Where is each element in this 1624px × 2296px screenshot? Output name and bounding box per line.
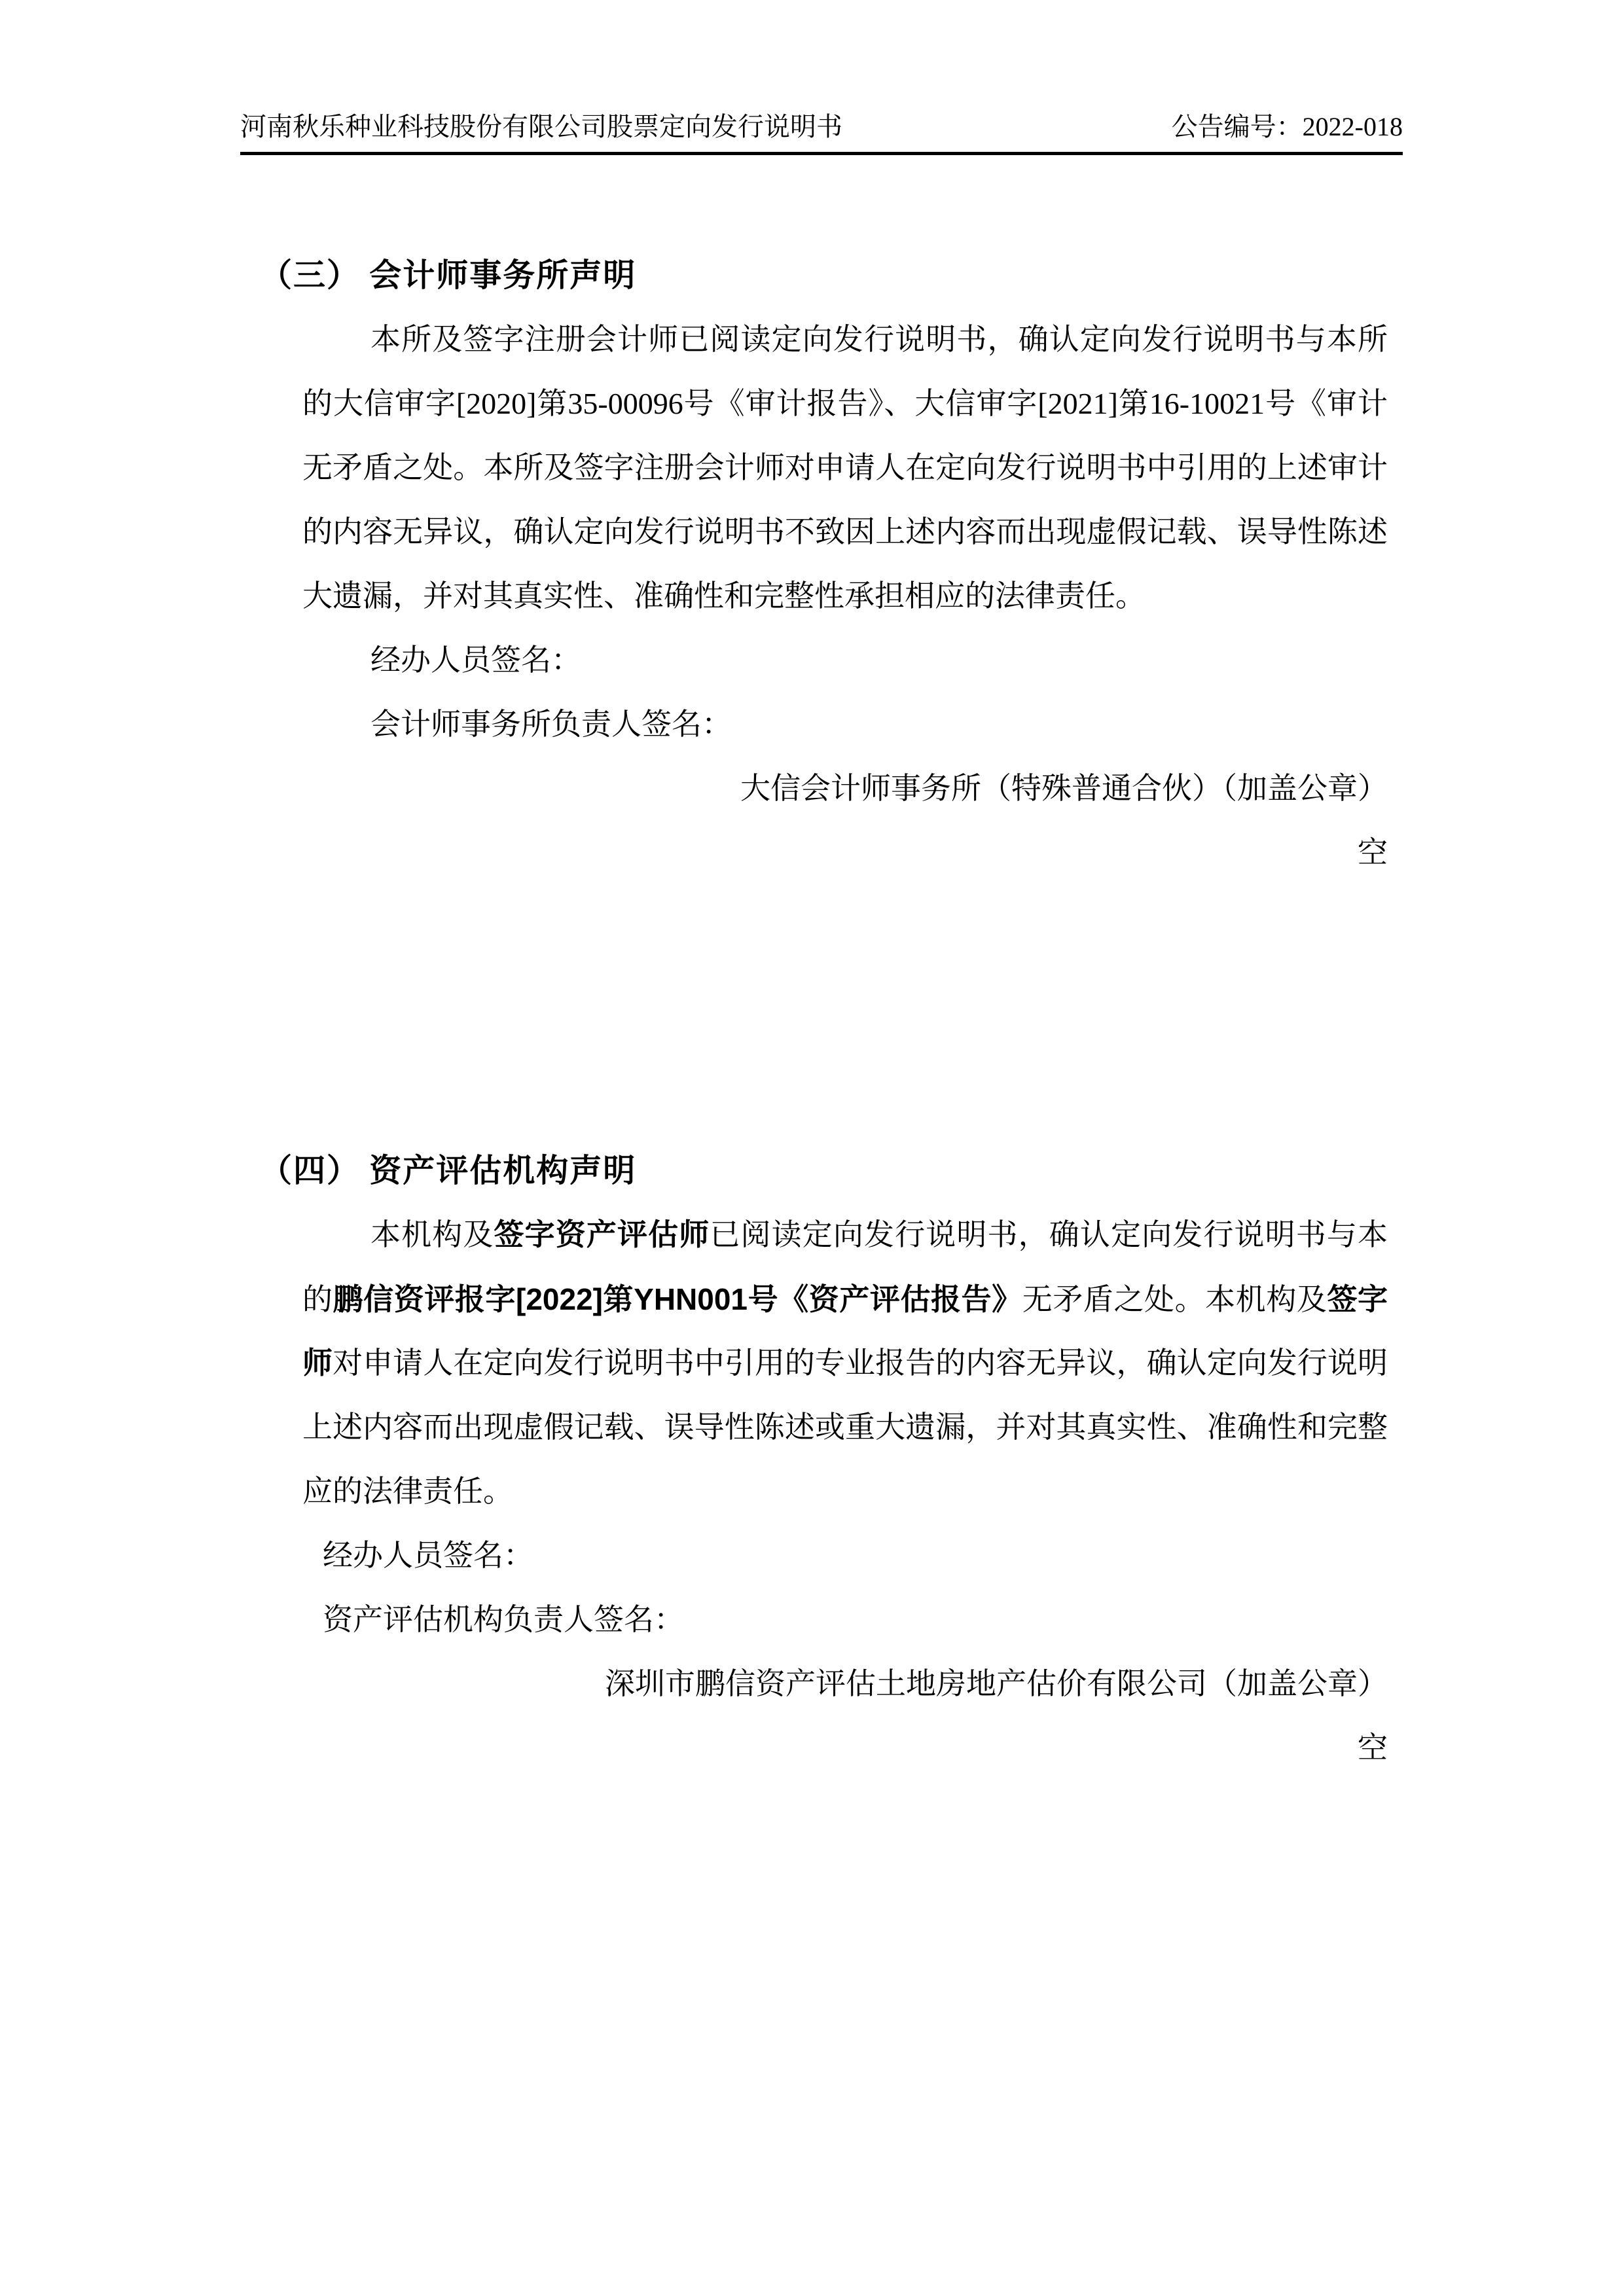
appraiser-paragraph-line-3: 师对申请人在定向发行说明书中引用的专业报告的内容无异议，确认定向发行说明书不致因	[302, 1331, 1388, 1395]
line1-seg-regular: 本机构及	[370, 1218, 494, 1251]
line2-seg-bold-report-prefix: 鹏信资评报字	[333, 1283, 516, 1316]
accountant-head-signature-label: 会计师事务所负责人签名：	[370, 692, 1388, 757]
page-header: 河南秋乐种业科技股份有限公司股票定向发行说明书 公告编号：2022-018	[240, 113, 1403, 155]
accountant-paragraph-line-1: 本所及签字注册会计师已阅读定向发行说明书，确认定向发行说明书与本所出具	[302, 308, 1388, 372]
appraiser-operator-signature-label: 经办人员签名：	[323, 1524, 1388, 1588]
appraiser-paragraph-line-2: 的鹏信资评报字[2022]第YHN001号《资产评估报告》无矛盾之处。本机构及签…	[302, 1267, 1388, 1331]
appraiser-head-signature-label: 资产评估机构负责人签名：	[323, 1588, 1388, 1652]
appraiser-blank-mark: 空	[260, 1716, 1388, 1780]
accountant-paragraph-line-4: 的内容无异议，确认定向发行说明书不致因上述内容而出现虚假记载、误导性陈述或重	[302, 500, 1388, 564]
accountant-blank-mark: 空	[260, 821, 1388, 885]
appraiser-paragraph-line-4: 上述内容而出现虚假记载、误导性陈述或重大遗漏，并对其真实性、准确性和完整性承担相	[302, 1395, 1388, 1460]
appraiser-paragraph-line-5: 应的法律责任。	[302, 1460, 1388, 1524]
appraiser-paragraph-line-1: 本机构及签字资产评估师已阅读定向发行说明书，确认定向发行说明书与本机构出具	[302, 1203, 1388, 1267]
section-appraiser-declaration: （四） 资产评估机构声明 本机构及签字资产评估师已阅读定向发行说明书，确认定向发…	[260, 1139, 1388, 1780]
line2-seg-regular: 的	[302, 1283, 333, 1316]
section-accountant-declaration: （三） 会计师事务所声明 本所及签字注册会计师已阅读定向发行说明书，确认定向发行…	[260, 243, 1388, 885]
accountant-company-seal-line: 大信会计师事务所（特殊普通合伙）（加盖公章）	[260, 757, 1388, 821]
line2-seg-regular-middle: 无矛盾之处。本机构及	[1022, 1283, 1327, 1316]
accountant-paragraph-line-5: 大遗漏，并对其真实性、准确性和完整性承担相应的法律责任。	[302, 564, 1388, 628]
header-notice-number: 公告编号：2022-018	[1172, 113, 1403, 141]
line2-seg-bold-no-prefix: 第	[603, 1283, 634, 1316]
accountant-paragraph-line-2: 的大信审字[2020]第35-00096号《审计报告》、大信审字[2021]第1…	[302, 372, 1388, 436]
header-doc-title: 河南秋乐种业科技股份有限公司股票定向发行说明书	[240, 113, 842, 141]
line3-seg-regular-tail: 对申请人在定向发行说明书中引用的专业报告的内容无异议，确认定向发行说明书不致因	[302, 1346, 1388, 1395]
appraiser-company-seal-line: 深圳市鹏信资产评估土地房地产估价有限公司（加盖公章）	[260, 1652, 1388, 1716]
accountant-paragraph-line-3: 无矛盾之处。本所及签字注册会计师对申请人在定向发行说明书中引用的上述审计报告	[302, 436, 1388, 500]
line2-seg-bold-year: [2022]	[516, 1282, 603, 1316]
line2-seg-bold-no-suffix: 号	[748, 1283, 778, 1316]
document-page: 河南秋乐种业科技股份有限公司股票定向发行说明书 公告编号：2022-018 （三…	[0, 0, 1624, 2296]
line3-seg-bold-head: 师	[302, 1346, 333, 1380]
accountant-operator-signature-label: 经办人员签名：	[370, 628, 1388, 692]
line1-seg-bold-signing-appraiser: 签字资产评估师	[494, 1218, 710, 1251]
line2-seg-bold-report-name: 《资产评估报告》	[778, 1283, 1022, 1316]
line2-seg-bold-report-code: YHN001	[634, 1282, 748, 1316]
section-accountant-title: （三） 会计师事务所声明	[260, 243, 1388, 308]
section-appraiser-title: （四） 资产评估机构声明	[260, 1139, 1388, 1203]
